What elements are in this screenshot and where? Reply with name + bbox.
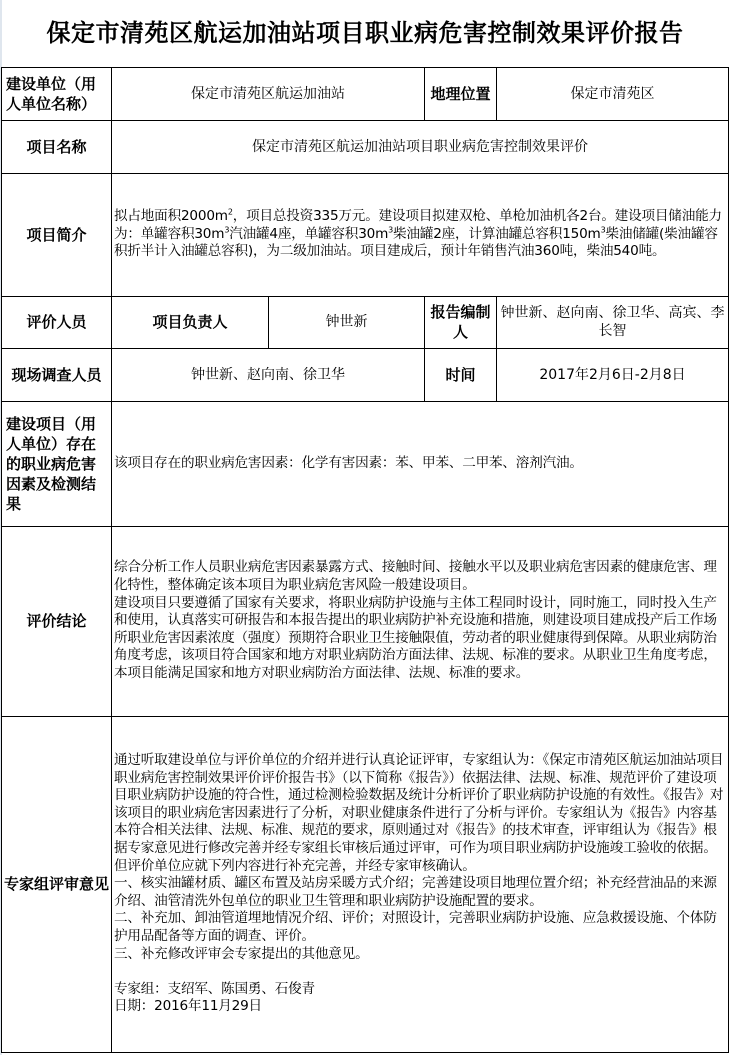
project-name-value: 保定市清苑区航运加油站项目职业病危害控制效果评价 — [112, 120, 729, 173]
report-compiler-label: 报告编制人 — [425, 296, 497, 348]
project-intro-label: 项目简介 — [2, 173, 112, 296]
row-project-intro: 项目简介 拟占地面积2000m2，项目总投资335万元。建设项目拟建双枪、单枪加… — [2, 173, 729, 296]
conclusion-value: 综合分析工作人员职业病危害因素暴露方式、接触时间、接触水平以及职业病危害因素的健… — [112, 526, 729, 716]
title-row: 保定市清苑区航运加油站项目职业病危害控制效果评价报告 — [2, 0, 729, 67]
expert-opinion-value: 通过听取建设单位与评价单位的介绍并进行认真论证评审，专家组认为：《保定市清苑区航… — [112, 716, 729, 1052]
project-intro-value: 拟占地面积2000m2，项目总投资335万元。建设项目拟建双枪、单枪加油机各2台… — [112, 173, 729, 296]
construction-unit-value: 保定市清苑区航运加油站 — [112, 67, 425, 120]
construction-unit-label: 建设单位（用人单位名称） — [2, 67, 112, 120]
hazards-label: 建设项目（用人单位）存在的职业病危害因素及检测结果 — [2, 401, 112, 526]
hazards-value: 该项目存在的职业病危害因素：化学有害因素：苯、甲苯、二甲苯、溶剂汽油。 — [112, 401, 729, 526]
site-survey-label: 现场调查人员 — [2, 348, 112, 401]
report-table: 保定市清苑区航运加油站项目职业病危害控制效果评价报告 建设单位（用人单位名称） … — [1, 0, 729, 1053]
location-label: 地理位置 — [425, 67, 497, 120]
report-compiler-value: 钟世新、赵向南、徐卫华、高宾、李长智 — [497, 296, 729, 348]
site-survey-value: 钟世新、赵向南、徐卫华 — [112, 348, 425, 401]
row-project-name: 项目名称 保定市清苑区航运加油站项目职业病危害控制效果评价 — [2, 120, 729, 173]
conclusion-label: 评价结论 — [2, 526, 112, 716]
row-site-survey: 现场调查人员 钟世新、赵向南、徐卫华 时间 2017年2月6日-2月8日 — [2, 348, 729, 401]
row-expert-opinion: 专家组评审意见 通过听取建设单位与评价单位的介绍并进行认真论证评审，专家组认为：… — [2, 716, 729, 1052]
row-conclusion: 评价结论 综合分析工作人员职业病危害因素暴露方式、接触时间、接触水平以及职业病危… — [2, 526, 729, 716]
project-leader-value: 钟世新 — [269, 296, 425, 348]
evaluators-label: 评价人员 — [2, 296, 112, 348]
location-value: 保定市清苑区 — [497, 67, 729, 120]
intro-text-1: 拟占地面积2000m — [114, 208, 228, 224]
row-construction-unit: 建设单位（用人单位名称） 保定市清苑区航运加油站 地理位置 保定市清苑区 — [2, 67, 729, 120]
intro-text-4: 柴油罐2座，计算油罐总容积150m — [393, 226, 601, 242]
project-leader-label: 项目负责人 — [112, 296, 269, 348]
intro-text-3: 汽油罐4座，单罐容积30m — [229, 226, 388, 242]
survey-time-label: 时间 — [425, 348, 497, 401]
document-title: 保定市清苑区航运加油站项目职业病危害控制效果评价报告 — [2, 0, 729, 67]
row-hazards: 建设项目（用人单位）存在的职业病危害因素及检测结果 该项目存在的职业病危害因素：… — [2, 401, 729, 526]
row-evaluators: 评价人员 项目负责人 钟世新 报告编制人 钟世新、赵向南、徐卫华、高宾、李长智 — [2, 296, 729, 348]
survey-time-value: 2017年2月6日-2月8日 — [497, 348, 729, 401]
project-name-label: 项目名称 — [2, 120, 112, 173]
expert-opinion-label: 专家组评审意见 — [2, 716, 112, 1052]
